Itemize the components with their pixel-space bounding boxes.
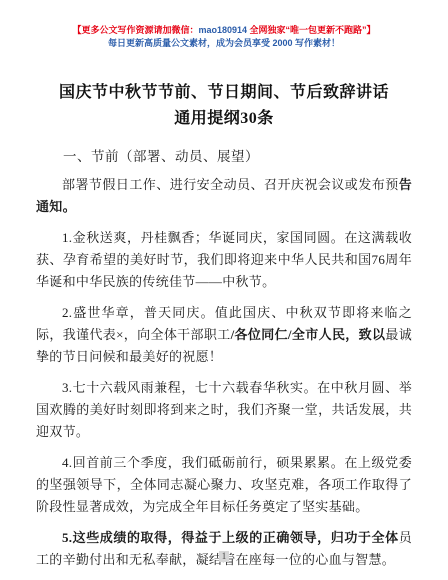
paragraph-4: 4.回首前三个季度，我们砥砺前行，硕果累累。在上级党委的坚强领导下，全体同志凝心… xyxy=(36,452,412,518)
document-title-line2: 通用提纲30条 xyxy=(36,106,412,132)
document-title: 国庆节中秋节节前、节日期间、节后致辞讲话 通用提纲30条 xyxy=(36,80,412,132)
header-ad: 【更多公文写作资源请加微信：mao180914 全网独家“唯一包更新不跑路”】 … xyxy=(36,24,412,50)
section-heading: 一、节前（部署、动员、展望） xyxy=(36,146,412,168)
paragraph-intro: 部署节假日工作、进行安全动员、召开庆祝会议或发布预告通知。 xyxy=(36,174,412,218)
header-ad-line1: 【更多公文写作资源请加微信：mao180914 全网独家“唯一包更新不跑路”】 xyxy=(36,24,412,37)
paragraph-1: 1.金秋送爽，丹桂飘香；华诞同庆，家国同圆。在这满载收获、孕育希望的美好时节，我… xyxy=(36,227,412,293)
document-title-line1: 国庆节中秋节节前、节日期间、节后致辞讲话 xyxy=(36,80,412,106)
page-footer: 1 xyxy=(0,546,448,564)
document-page: 【更多公文写作资源请加微信：mao180914 全网独家“唯一包更新不跑路”】 … xyxy=(0,0,448,580)
page-number: 1 xyxy=(219,551,230,562)
paragraph-3: 3.七十六载风雨兼程，七十六载春华秋实。在中秋月圆、举国欢腾的美好时刻即将到来之… xyxy=(36,377,412,443)
document-body: 部署节假日工作、进行安全动员、召开庆祝会议或发布预告通知。 1.金秋送爽，丹桂飘… xyxy=(36,174,412,571)
header-ad-line2: 每日更新高质量公文素材，成为会员享受 2000 写作素材！ xyxy=(36,37,412,50)
paragraph-2: 2.盛世华章，普天同庆。值此国庆、中秋双节即将来临之际，我谨代表×，向全体干部职… xyxy=(36,302,412,368)
